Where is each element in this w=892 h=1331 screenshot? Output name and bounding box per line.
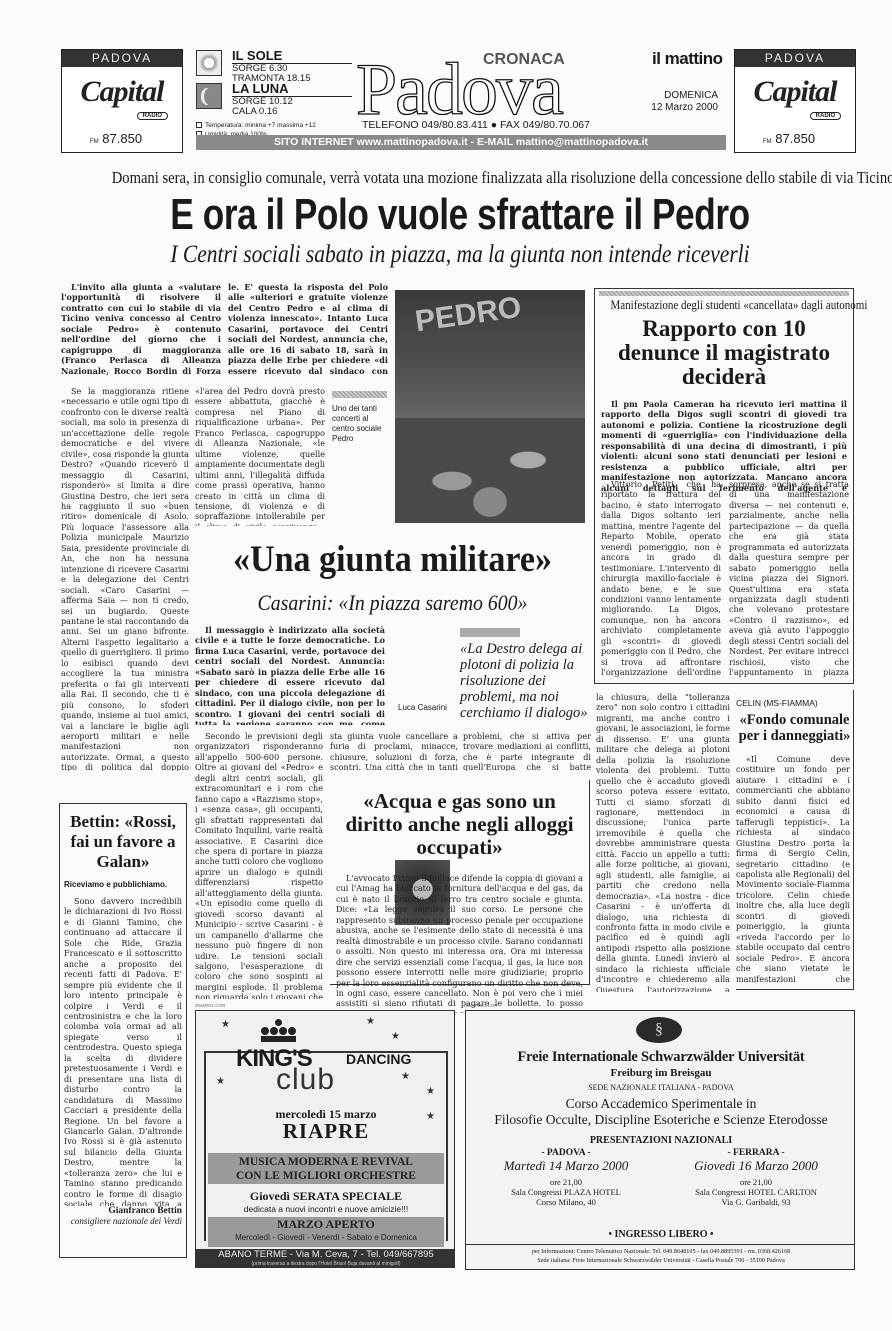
kings-music-line2: CON LE MIGLIORI ORCHESTRE xyxy=(208,1169,444,1183)
event-date: Martedì 14 Marzo 2000 xyxy=(476,1158,656,1174)
squillace-box: «Acqua e gas sono un diritto anche negli… xyxy=(330,780,590,985)
kings-reopen: RIAPRE xyxy=(196,1119,455,1144)
kings-address-bar: ABANO TERME - Via M. Ceva, 7 - Tel. 049/… xyxy=(196,1249,455,1268)
lead-intro-b: le. E' questa la risposta del Polo alle … xyxy=(228,282,388,377)
event-venue: Sala Congressi PLAZA HOTEL xyxy=(476,1187,656,1197)
event-padova: - PADOVA - Martedì 14 Marzo 2000 ore 21,… xyxy=(476,1148,656,1207)
lead-body-col2: «l'area del Pedro dovrà presto essere ab… xyxy=(195,386,325,526)
kings-music-line1: MUSICA MODERNA E REVIVAL xyxy=(208,1155,444,1169)
kings-club-ad: ★ ★ ★ ★ ★ ★ ★ KING'S DANCING club mercol… xyxy=(195,1010,455,1268)
report-kicker: Manifestazione degli studenti «cancellat… xyxy=(610,298,837,313)
casarini-col1: Secondo le previsioni degli organizzator… xyxy=(195,731,323,999)
star-icon: ★ xyxy=(366,1016,375,1027)
photo-caption: Uno dei tanti concerti al centro sociale… xyxy=(332,404,387,444)
info-line1: per Informazioni: Centro Telematico Nazi… xyxy=(466,1247,855,1256)
event-city: - FERRARA - xyxy=(666,1148,846,1158)
radio-city: PADOVA xyxy=(735,50,855,67)
report-headline: Rapporto con 10 denunce il magistrato de… xyxy=(601,317,847,389)
lead-headline: E ora il Polo vuole sfrattare il Pedro xyxy=(124,193,796,237)
celin-body: «Il Comune deve costituire un fondo per … xyxy=(736,754,853,984)
event-ferrara: - FERRARA - Giovedì 16 Marzo 2000 ore 21… xyxy=(666,1148,846,1207)
web-banner[interactable]: SITO INTERNET www.mattinopadova.it - E-M… xyxy=(196,135,726,150)
course-line1: Corso Accademico Sperimentale in xyxy=(466,1096,855,1112)
casarini-col2: sta giunta vuole cancellare a furia di p… xyxy=(330,731,458,771)
temperature: Temperatura: minima +7 massima +12 xyxy=(196,121,316,130)
newspaper-logo: il mattino xyxy=(652,49,723,69)
report-col2: sorpresa, anche se si tratta di una mani… xyxy=(729,479,849,679)
kings-march-band: MARZO APERTO Mercoledì - Giovedì - Vener… xyxy=(208,1217,444,1247)
event-time: ore 21,00 xyxy=(476,1177,656,1187)
bettin-kicker: Riceviamo e pubblichiamo. xyxy=(64,880,182,890)
university-name: Freie Internationale Schwarzwälder Unive… xyxy=(466,1049,855,1066)
presentations-title: PRESENTAZIONI NAZIONALI xyxy=(466,1135,855,1146)
kings-music-band: MUSICA MODERNA E REVIVAL CON LE MIGLIORI… xyxy=(208,1153,444,1184)
radio-sub: RADIO xyxy=(810,112,841,120)
report-box: Manifestazione degli studenti «cancellat… xyxy=(594,288,854,684)
kings-dancing: DANCING xyxy=(346,1051,411,1067)
event-address: Via G. Garibaldi, 93 xyxy=(666,1197,846,1207)
celin-box: CELIN (MS-FIAMMA) «Fondo comunale per i … xyxy=(736,690,854,990)
radio-ad-left: PADOVA Capital RADIO FM 87.850 xyxy=(61,49,183,153)
radio-logo: Capital xyxy=(735,75,855,109)
kings-address: ABANO TERME - Via M. Ceva, 7 - Tel. 049/… xyxy=(196,1249,455,1261)
crowd xyxy=(395,418,585,523)
radio-logo: Capital xyxy=(62,75,182,109)
event-time: ore 21,00 xyxy=(666,1177,846,1187)
casarini-photo-caption: Luca Casarini xyxy=(398,703,448,713)
report-rule xyxy=(599,291,849,296)
lead-intro-a: L'invito alla giunta a «valutare l'oppor… xyxy=(61,282,221,377)
radio-frequency: FM 87.850 xyxy=(763,131,815,146)
university-city: Freiburg im Breisgau xyxy=(466,1067,855,1079)
issue-date: DOMENICA 12 Marzo 2000 xyxy=(640,90,718,114)
weather-box: IL SOLE SORGE 6.30 TRAMONTA 18.15 LA LUN… xyxy=(196,49,326,149)
kings-special: Giovedì SERATA SPECIALE xyxy=(196,1189,455,1204)
bettin-box: Bettin: «Rossi, fai un favore a Galan» R… xyxy=(59,803,187,1258)
university-ad: § Freie Internationale Schwarzwälder Uni… xyxy=(465,1010,855,1270)
kings-march: MARZO APERTO xyxy=(208,1217,444,1232)
radio-ad-right: PADOVA Capital RADIO FM 87.850 xyxy=(734,49,856,153)
kings-club: club xyxy=(276,1063,335,1097)
star-icon: ★ xyxy=(221,1019,230,1030)
university-course: Corso Accademico Sperimentale in Filosof… xyxy=(466,1096,855,1128)
squillace-body: L'avvocato Ettore Squillace difende la c… xyxy=(336,873,583,1013)
radio-sub: RADIO xyxy=(137,112,168,120)
casarini-subhead: Casarini: «In piazza saremo 600» xyxy=(215,590,571,616)
event-date: Giovedì 16 Marzo 2000 xyxy=(666,1158,846,1174)
university-seat: SEDE NAZIONALE ITALIANA - PADOVA xyxy=(466,1083,855,1092)
banner-text: PEDRO xyxy=(413,291,523,340)
issue-day: DOMENICA xyxy=(640,90,718,102)
casarini-col4: la chiusura, della “tolleranza zero” non… xyxy=(596,692,730,992)
bettin-body: Sono davvero incredibili le dichiarazion… xyxy=(64,896,182,1206)
university-info: per Informazioni: Centro Telematico Nazi… xyxy=(466,1244,855,1265)
lead-subhead: I Centri sociali sabato in piazza, ma la… xyxy=(112,241,809,269)
casarini-headline: «Una giunta militare» xyxy=(211,540,574,580)
radio-city: PADOVA xyxy=(62,50,182,67)
celin-headline: «Fondo comunale per i danneggiati» xyxy=(736,712,853,744)
crown-icon xyxy=(261,1019,296,1042)
casarini-col3: problemi, che si attiva per trovare medi… xyxy=(463,731,591,771)
free-entry: • INGRESSO LIBERO • xyxy=(466,1229,855,1240)
radio-frequency: FM 87.850 xyxy=(90,131,142,146)
masthead-title: Padova xyxy=(356,60,562,120)
moon-set: CALA 0.16 xyxy=(232,107,352,117)
concert-photo: PEDRO xyxy=(395,290,585,523)
quote-rule xyxy=(460,628,520,637)
report-col1: Vittorio Petiti, che ha riportato la fra… xyxy=(601,479,721,679)
ad-code: 3045PD07.COR xyxy=(465,1003,498,1008)
event-address: Corso Milano, 40 xyxy=(476,1197,656,1207)
bettin-headline: Bettin: «Rossi, fai un favore a Galan» xyxy=(62,812,184,872)
photo-caption-box: Uno dei tanti concerti al centro sociale… xyxy=(332,391,387,444)
issue-full-date: 12 Marzo 2000 xyxy=(640,102,718,114)
bettin-author: Gianfranco Bettin xyxy=(64,1206,182,1216)
lead-kicker: Domani sera, in consiglio comunale, verr… xyxy=(112,168,809,188)
kings-directions: (prima traversa a destra dopo l'Hotel Br… xyxy=(196,1261,455,1268)
pull-quote-box: «La Destro delega ai plotoni di polizia … xyxy=(460,628,590,721)
lead-body-col1: Se la maggioranza ritiene «necessario e … xyxy=(61,386,189,771)
kings-days: Mercoledì - Giovedì - Venerdì - Sabato e… xyxy=(208,1232,444,1244)
celin-kicker: CELIN (MS-FIAMMA) xyxy=(736,698,853,708)
casarini-intro: Il messaggio è indirizzato alla società … xyxy=(195,625,385,725)
moon-icon xyxy=(196,83,222,109)
event-venue: Sala Congressi HOTEL CARLTON xyxy=(666,1187,846,1197)
squillace-headline: «Acqua e gas sono un diritto anche negli… xyxy=(334,790,585,859)
caption-rule xyxy=(332,391,387,398)
pull-quote: «La Destro delega ai plotoni di polizia … xyxy=(460,641,590,721)
kings-special-sub: dedicata a nuovi incontri e nuove amiciz… xyxy=(196,1204,455,1214)
info-line2: Sede italiana: Freie Internazionale Schw… xyxy=(466,1256,855,1265)
checkbox-icon xyxy=(196,122,202,128)
course-line2: Filosofie Occulte, Discipline Esoteriche… xyxy=(466,1112,855,1128)
sun-title: IL SOLE xyxy=(232,49,352,64)
university-seal-icon: § xyxy=(636,1017,682,1043)
moon-title: LA LUNA xyxy=(232,82,352,97)
contacts: TELEFONO 049/80.83.411 ● FAX 049/80.70.0… xyxy=(362,119,590,131)
event-city: - PADOVA - xyxy=(476,1148,656,1158)
sun-icon xyxy=(196,50,222,76)
ad-code: 3045RD1.COR xyxy=(195,1003,225,1008)
star-icon: ★ xyxy=(391,1031,400,1042)
bettin-role: consigliere nazionale dei Verdi xyxy=(64,1216,182,1226)
